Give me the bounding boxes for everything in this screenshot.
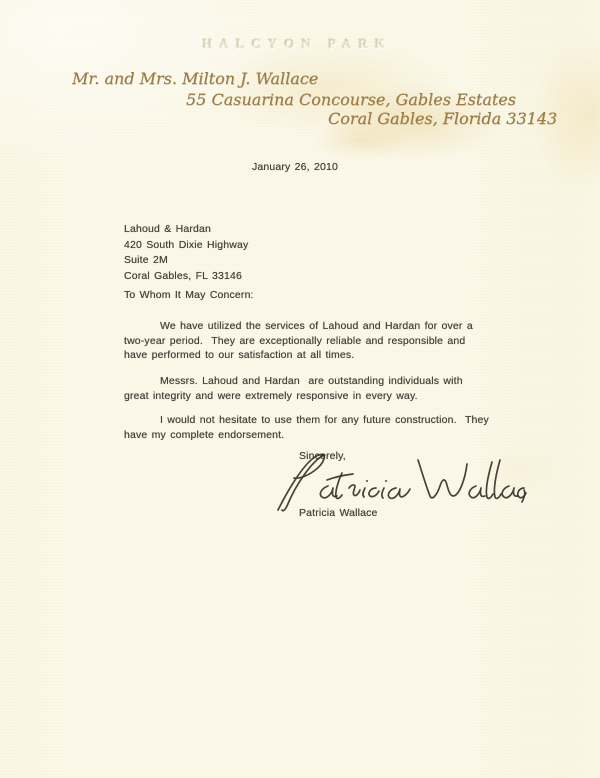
recipient-address-block: Lahoud & Hardan 420 South Dixie Highway … — [124, 222, 248, 285]
letter-page: HALCYON PARK Mr. and Mrs. Milton J. Wall… — [0, 0, 600, 778]
salutation: To Whom It May Concern: — [124, 289, 254, 301]
typed-signature-name: Patricia Wallace — [299, 507, 377, 519]
letterhead-address-line: 55 Casuarina Concourse, Gables Estates — [186, 90, 516, 109]
body-paragraph-3: I would not hesitate to use them for any… — [124, 413, 524, 442]
body-paragraph-1: We have utilized the services of Lahoud … — [124, 319, 524, 363]
letterhead-owners-line: Mr. and Mrs. Milton J. Wallace — [72, 69, 318, 88]
embossed-letterhead-name: HALCYON PARK — [202, 36, 392, 52]
date-line: January 26, 2010 — [252, 161, 338, 173]
body-paragraph-2: Messrs. Lahoud and Hardan are outstandin… — [124, 374, 524, 403]
letterhead-city-line: Coral Gables, Florida 33143 — [328, 109, 557, 128]
